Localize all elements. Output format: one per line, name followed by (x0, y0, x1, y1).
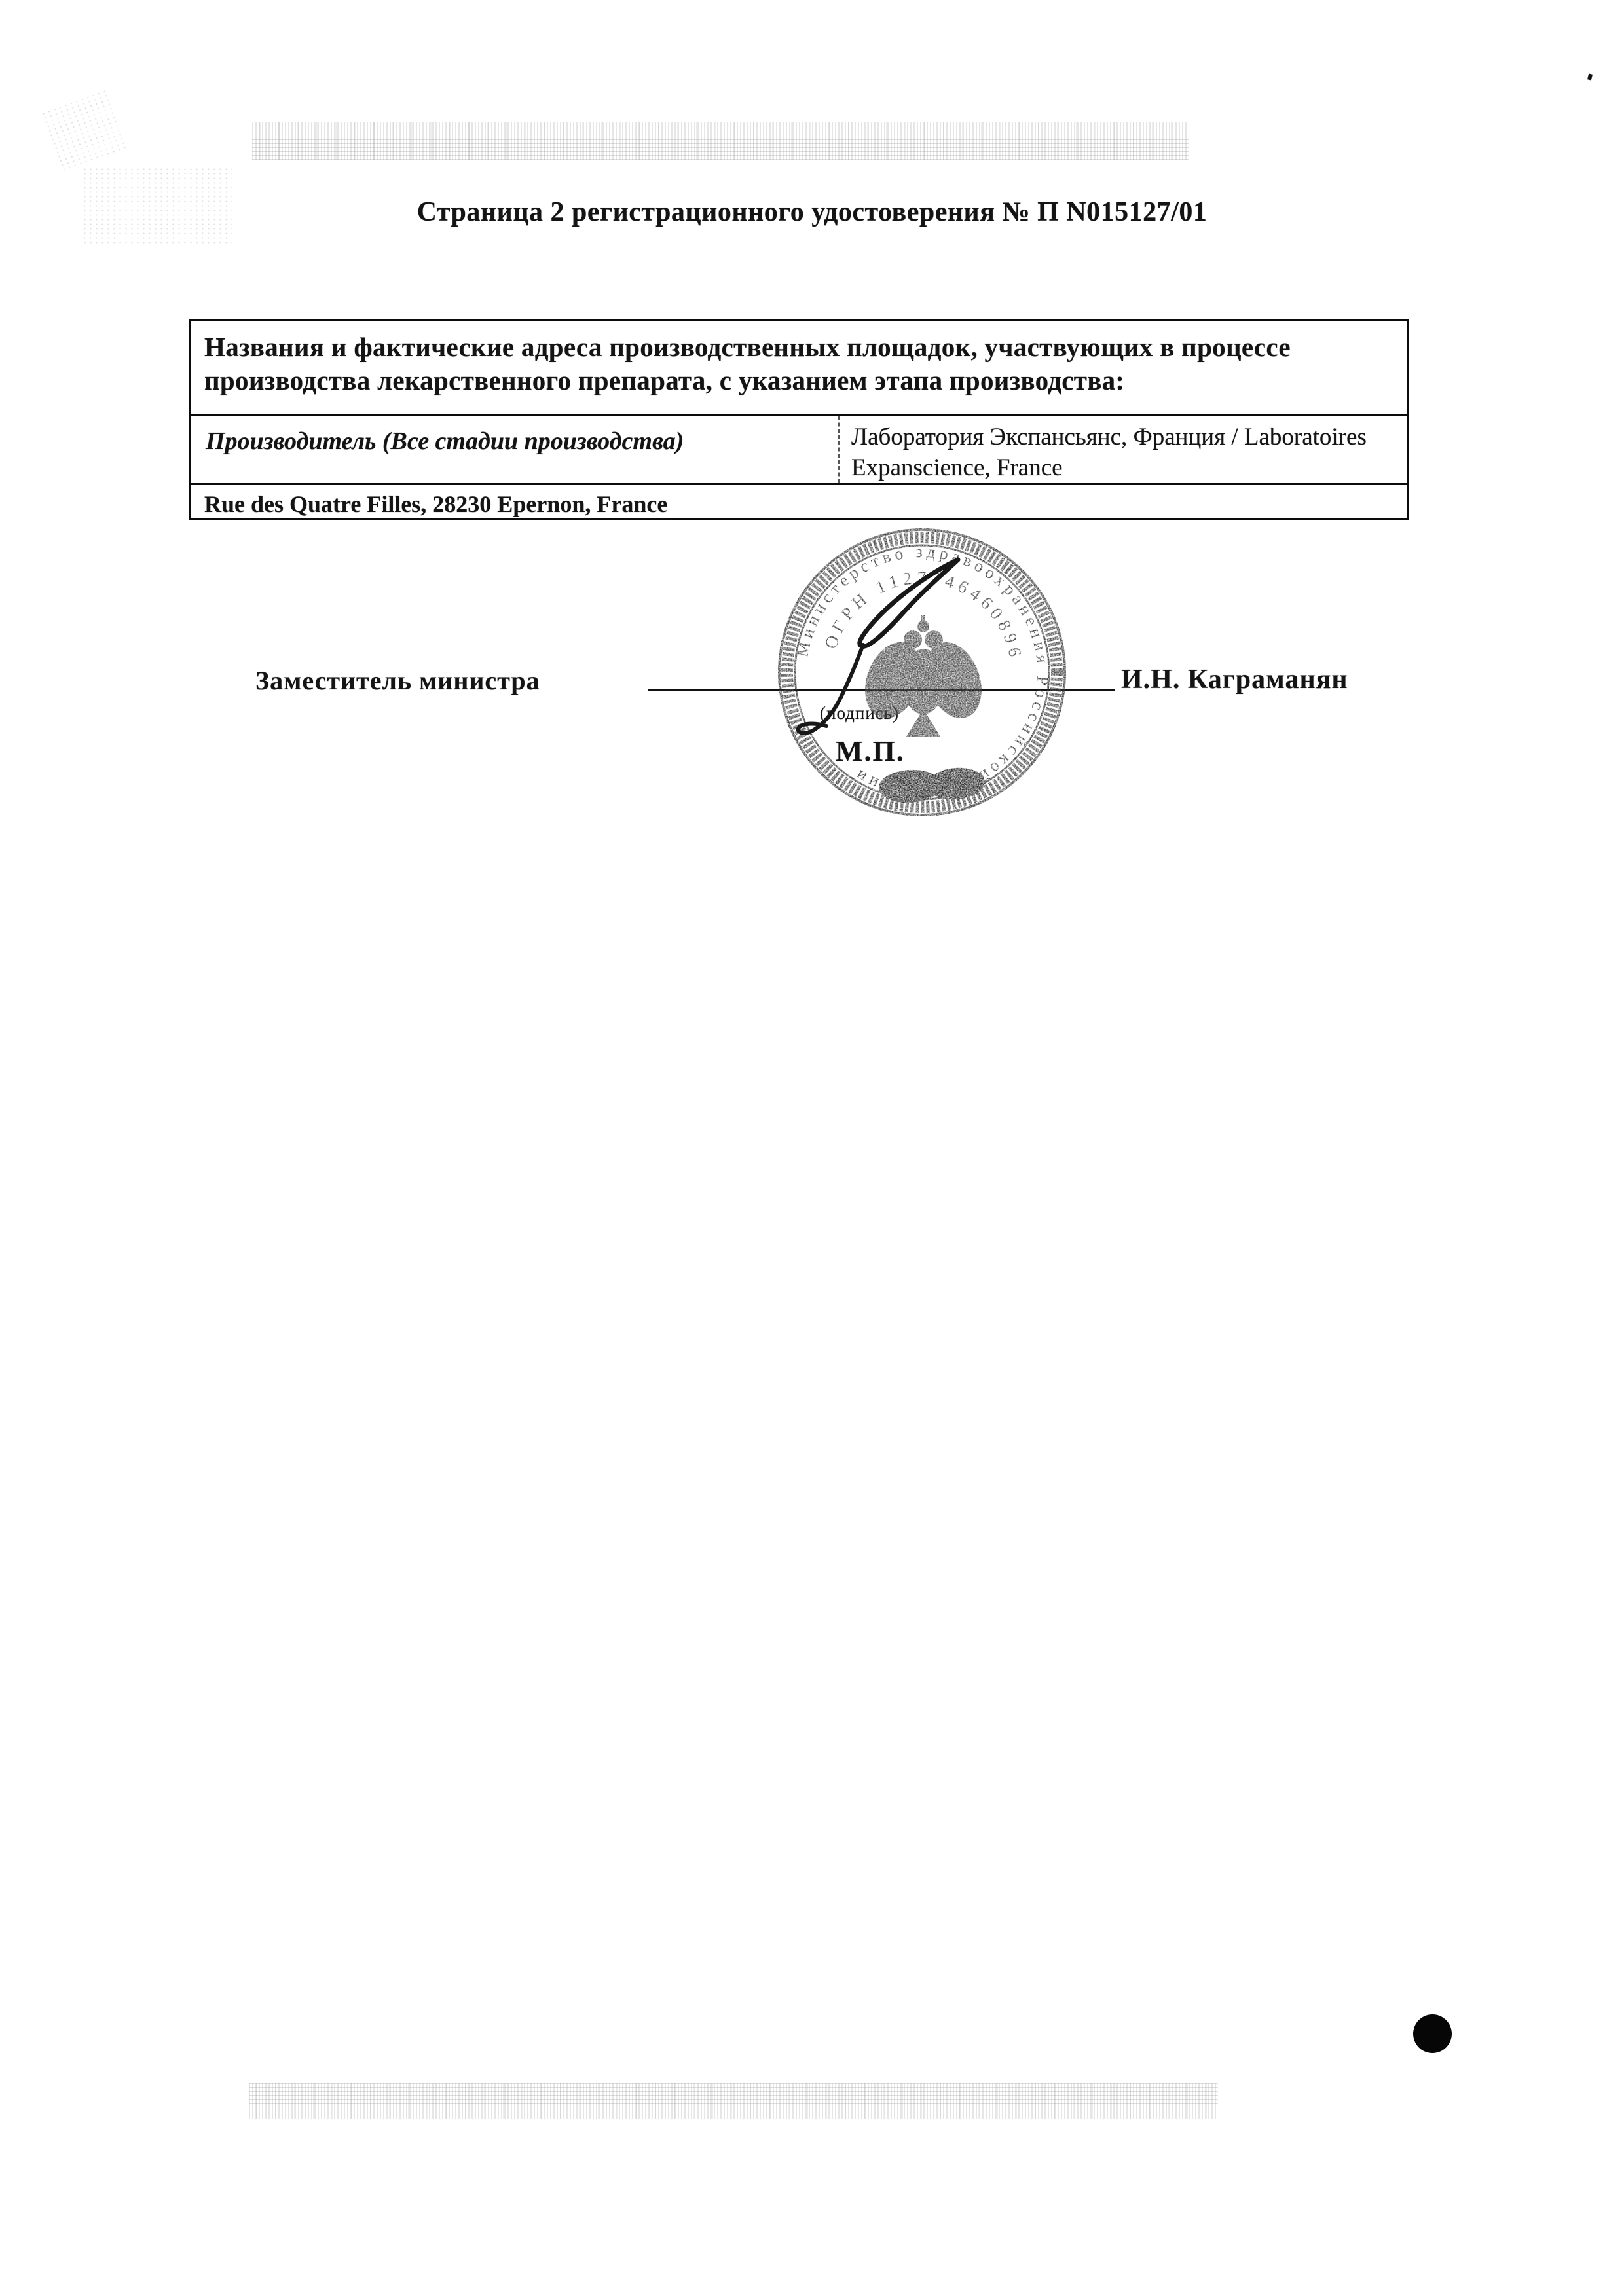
scan-noise-band-bottom (249, 2083, 1218, 2119)
producer-value-line2: Expanscience, France (851, 452, 1407, 483)
deputy-minister-label: Заместитель министра (255, 665, 540, 696)
scan-noise-band-top (252, 122, 1189, 160)
table-title-line1: Названия и фактические адреса производст… (204, 331, 1395, 364)
signatory-name: И.Н. Каграманян (1121, 664, 1348, 695)
table-title-cell: Названия и фактические адреса производст… (191, 321, 1407, 416)
double-headed-eagle-emblem (855, 615, 991, 737)
producer-value-cell: Лаборатория Экспансьянс, Франция / Labor… (840, 416, 1407, 483)
ministry-round-stamp: Министерство здравоохранения Российской … (765, 515, 1079, 829)
table-title-line2: производства лекарственного препарата, с… (204, 364, 1395, 397)
table-row-producer: Производитель (Все стадии производства) … (191, 416, 1407, 485)
ink-speck (1587, 73, 1593, 80)
punch-hole-dot (1413, 2014, 1452, 2053)
scanned-certificate-page: Страница 2 регистрационного удостоверени… (0, 0, 1624, 2296)
speckle-smudge-corner (40, 88, 130, 174)
stamp-svg: Министерство здравоохранения Российской … (765, 515, 1079, 829)
producer-label-cell: Производитель (Все стадии производства) (191, 416, 840, 483)
page-header-line: Страница 2 регистрационного удостоверени… (0, 196, 1624, 228)
producer-value-line1: Лаборатория Экспансьянс, Франция / Labor… (851, 422, 1407, 452)
production-sites-table: Названия и фактические адреса производст… (189, 319, 1409, 520)
stamp-inked-parts: Министерство здравоохранения Российской … (779, 530, 1065, 815)
